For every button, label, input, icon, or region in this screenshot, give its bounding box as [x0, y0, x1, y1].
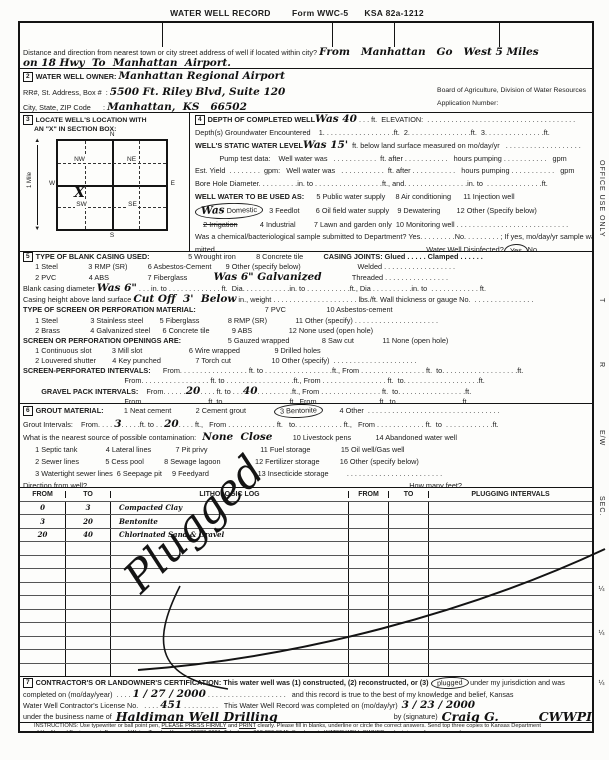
distance-value-1: From Manhattan Go West 5 Miles: [319, 47, 539, 58]
contamination-value: None Close: [202, 431, 272, 443]
lithologic-log-table: FROM TO LITHOLOGIC LOG FROM TO PLUGGING …: [20, 487, 592, 676]
pump-test-line: Pump test data: Well water was . . . . .…: [192, 153, 592, 166]
statute-number: KSA 82a-1212: [364, 8, 424, 18]
section-certification: 7CONTRACTOR'S OR LANDOWNER'S CERTIFICATI…: [20, 676, 592, 731]
plugged-circled: plugged: [430, 677, 468, 689]
est-yield-line: Est. Yield . . . . . . . . gpm: Well wat…: [192, 165, 592, 178]
quadrant-ne-label: NE: [126, 156, 137, 163]
instructions-line-1: INSTRUCTIONS: Use typewriter or ball poi…: [20, 723, 592, 730]
owner-value: Manhattan Regional Airport: [118, 70, 285, 82]
section-location: 1LOCATION OF WATER WELL: County: Riley F…: [20, 23, 592, 68]
log-row-empty: [20, 595, 592, 609]
direction-label: Direction from well?: [23, 480, 87, 487]
log-row-empty: [20, 555, 592, 569]
margin-ew-label: E/W: [598, 430, 605, 446]
signature-value: Craig G.: [442, 712, 499, 722]
log-row-empty: [20, 609, 592, 623]
compass-w: W: [49, 180, 55, 187]
col-plugging-intervals: PLUGGING INTERVALS: [428, 491, 592, 498]
distance-label: Distance and direction from nearest town…: [23, 48, 317, 57]
log-header-row: FROM TO LITHOLOGIC LOG FROM TO PLUGGING …: [20, 488, 592, 501]
gravel-pack-label: GRAVEL PACK INTERVALS:: [23, 387, 146, 396]
instructions-line-2: of Health and Environment, Bureau of Wat…: [20, 730, 592, 731]
margin-quarter-1: ¼: [598, 586, 605, 594]
section-owner: 2WATER WELL OWNER: Manhattan Regional Ai…: [20, 68, 592, 112]
log-row: 0 3 Compacted Clay: [20, 501, 592, 515]
business-name-value: Haldiman Well Drilling: [116, 712, 278, 722]
office-use-only-label: OFFICE USE ONLY: [598, 160, 605, 238]
use-title: WELL WATER TO BE USED AS:: [195, 192, 304, 201]
one-mile-label: 1 Mile: [27, 172, 33, 188]
agency-name: Board of Agriculture, Division of Water …: [437, 84, 586, 97]
how-many-feet-label: How many feet?: [409, 480, 462, 487]
section-4-badge: 4: [195, 115, 205, 125]
section-box-column: 3LOCATE WELL'S LOCATION WITH AN "X" IN S…: [20, 113, 190, 251]
record-date-value: 3 / 23 / 2000: [402, 700, 475, 711]
margin-sec-label: SEC.: [598, 496, 605, 516]
range-cell: Range Number R 7 EW: [499, 23, 592, 47]
col-to: TO: [65, 491, 110, 498]
distance-value-2: on 18 Hwy To Manhattan Airport.: [23, 58, 231, 68]
locate-title-1: LOCATE WELL'S LOCATION WITH: [36, 117, 147, 124]
disinfected-label: Water Well Disinfected?: [426, 244, 503, 251]
well-x-mark: X: [74, 185, 85, 201]
log-row-empty: [20, 582, 592, 596]
log-row: 20 40 Chlorinated Sand & Gravel: [20, 528, 592, 542]
use-irrigation-struck: 2 Irrigation: [203, 220, 237, 229]
static-level-label: WELL'S STATIC WATER LEVEL: [195, 141, 303, 150]
section-6-badge: 6: [23, 406, 33, 416]
disinfected-yes-circled: Yes: [504, 244, 528, 251]
casing-title: TYPE OF BLANK CASING USED:: [36, 252, 150, 261]
groundwater-line: Depth(s) Groundwater Encountered 1. . . …: [192, 127, 592, 140]
openings-title: SCREEN OR PERFORATION OPENINGS ARE:: [23, 336, 181, 345]
grout-title: GROUT MATERIAL:: [36, 406, 104, 415]
static-level-value: Was 15': [303, 139, 348, 151]
form-body: 1LOCATION OF WATER WELL: County: Riley F…: [18, 21, 594, 733]
col-from: FROM: [20, 491, 65, 498]
license-number-value: 451: [160, 700, 182, 711]
one-mile-scale: ▲ ▼ 1 Mile: [32, 139, 44, 231]
margin-quarter-3: ¼: [598, 680, 605, 688]
sample-line: Was a chemical/bacteriological sample su…: [192, 231, 592, 244]
fraction-cell: Fraction SE ¼ NW ¼ SW ¼: [162, 23, 332, 47]
application-number-label: Application Number:: [437, 97, 586, 110]
section-7-badge: 7: [23, 678, 33, 688]
log-row-empty: [20, 636, 592, 650]
quadrant-sw-label: SW: [75, 201, 87, 208]
form-title: WATER WELL RECORD: [170, 8, 271, 18]
depth-value: Was 40: [315, 113, 357, 125]
section-casing: 5TYPE OF BLANK CASING USED: 5 Wrought ir…: [20, 251, 592, 403]
section-location-box-and-depth: 3LOCATE WELL'S LOCATION WITH AN "X" IN S…: [20, 112, 592, 251]
log-row-empty: [20, 622, 592, 636]
gravel-to-value: 40: [243, 386, 258, 397]
disinfected-no: No: [528, 244, 537, 251]
section-grout: 6GROUT MATERIAL: 1 Neat cement 2 Cement …: [20, 403, 592, 487]
compass-e: E: [171, 180, 175, 187]
log-row-empty: [20, 541, 592, 555]
quadrant-nw-label: NW: [73, 156, 86, 163]
section-number-cell: Section Number 32: [332, 23, 394, 47]
log-row: 3 20 Bentonite: [20, 514, 592, 528]
section-box-diagram: NW NE SW SE X N S W E: [56, 139, 168, 231]
casing-material-value: Was 6" Galvanized: [214, 272, 322, 283]
grout-from-value: 3: [114, 418, 121, 430]
col-to-2: TO: [388, 491, 428, 498]
log-row-empty: [20, 568, 592, 582]
section-3-badge: 3: [23, 115, 33, 125]
compass-s: S: [110, 232, 114, 239]
section-5-badge: 5: [23, 252, 33, 262]
screen-intervals-label: SCREEN-PERFORATED INTERVALS:: [23, 366, 151, 375]
locate-title-2: AN "X" IN SECTION BOX:: [34, 126, 116, 133]
grout-to-value: 20: [164, 418, 179, 430]
bore-hole-line: Bore Hole Diameter. . . . . . . . . .in.…: [192, 178, 592, 191]
margin-r-label: R: [598, 362, 605, 368]
margin-t-label: T: [598, 298, 605, 303]
form-number: Form WWC-5: [292, 8, 348, 18]
signature-suffix: CWWPI: [539, 712, 592, 722]
log-row-empty: [20, 663, 592, 677]
log-row-empty: [20, 649, 592, 663]
township-cell: Township Number T 10 S: [394, 23, 499, 47]
owner-title: WATER WELL OWNER:: [36, 72, 117, 81]
address-value: 5500 Ft. Riley Blvd, Suite 120: [110, 86, 286, 98]
margin-quarter-2: ¼: [598, 630, 605, 638]
city-label: City, State, ZIP Code :: [23, 103, 105, 112]
water-well-record-page: WATER WELL RECORD Form WWC-5 KSA 82a-121…: [0, 0, 609, 760]
casing-diameter-value: Was 6": [97, 283, 137, 294]
city-value: Manhattan, KS 66502: [107, 101, 247, 112]
grout-bentonite-circled: 3 Bentonite: [274, 404, 323, 418]
certification-text-1: CONTRACTOR'S OR LANDOWNER'S CERTIFICATIO…: [36, 678, 431, 687]
col-from-2: FROM: [348, 491, 388, 498]
completed-date-value: 1 / 27 / 2000: [132, 689, 205, 700]
address-label: RR#, St. Address, Box # :: [23, 88, 108, 97]
casing-joints-label: CASING JOINTS: Glued . . . . . Clamped .…: [323, 252, 482, 261]
contamination-label: What is the nearest source of possible c…: [23, 433, 202, 442]
screen-material-title: TYPE OF SCREEN OR PERFORATION MATERIAL:: [23, 305, 196, 314]
depth-title: DEPTH OF COMPLETED WELL: [208, 115, 315, 124]
use-domestic-circled: Was Domestic: [195, 203, 264, 219]
compass-n: N: [110, 131, 115, 138]
casing-height-value: Cut Off 3' Below: [133, 294, 236, 305]
section-depth: 4DEPTH OF COMPLETED WELLWas 40 . . . ft.…: [192, 113, 592, 251]
quadrant-se-label: SE: [127, 201, 138, 208]
page-title: WATER WELL RECORD Form WWC-5 KSA 82a-121…: [0, 8, 594, 18]
section-2-badge: 2: [23, 72, 33, 82]
county-cell: 1LOCATION OF WATER WELL: County: Riley: [20, 23, 162, 47]
gravel-from-value: 20: [186, 386, 201, 397]
